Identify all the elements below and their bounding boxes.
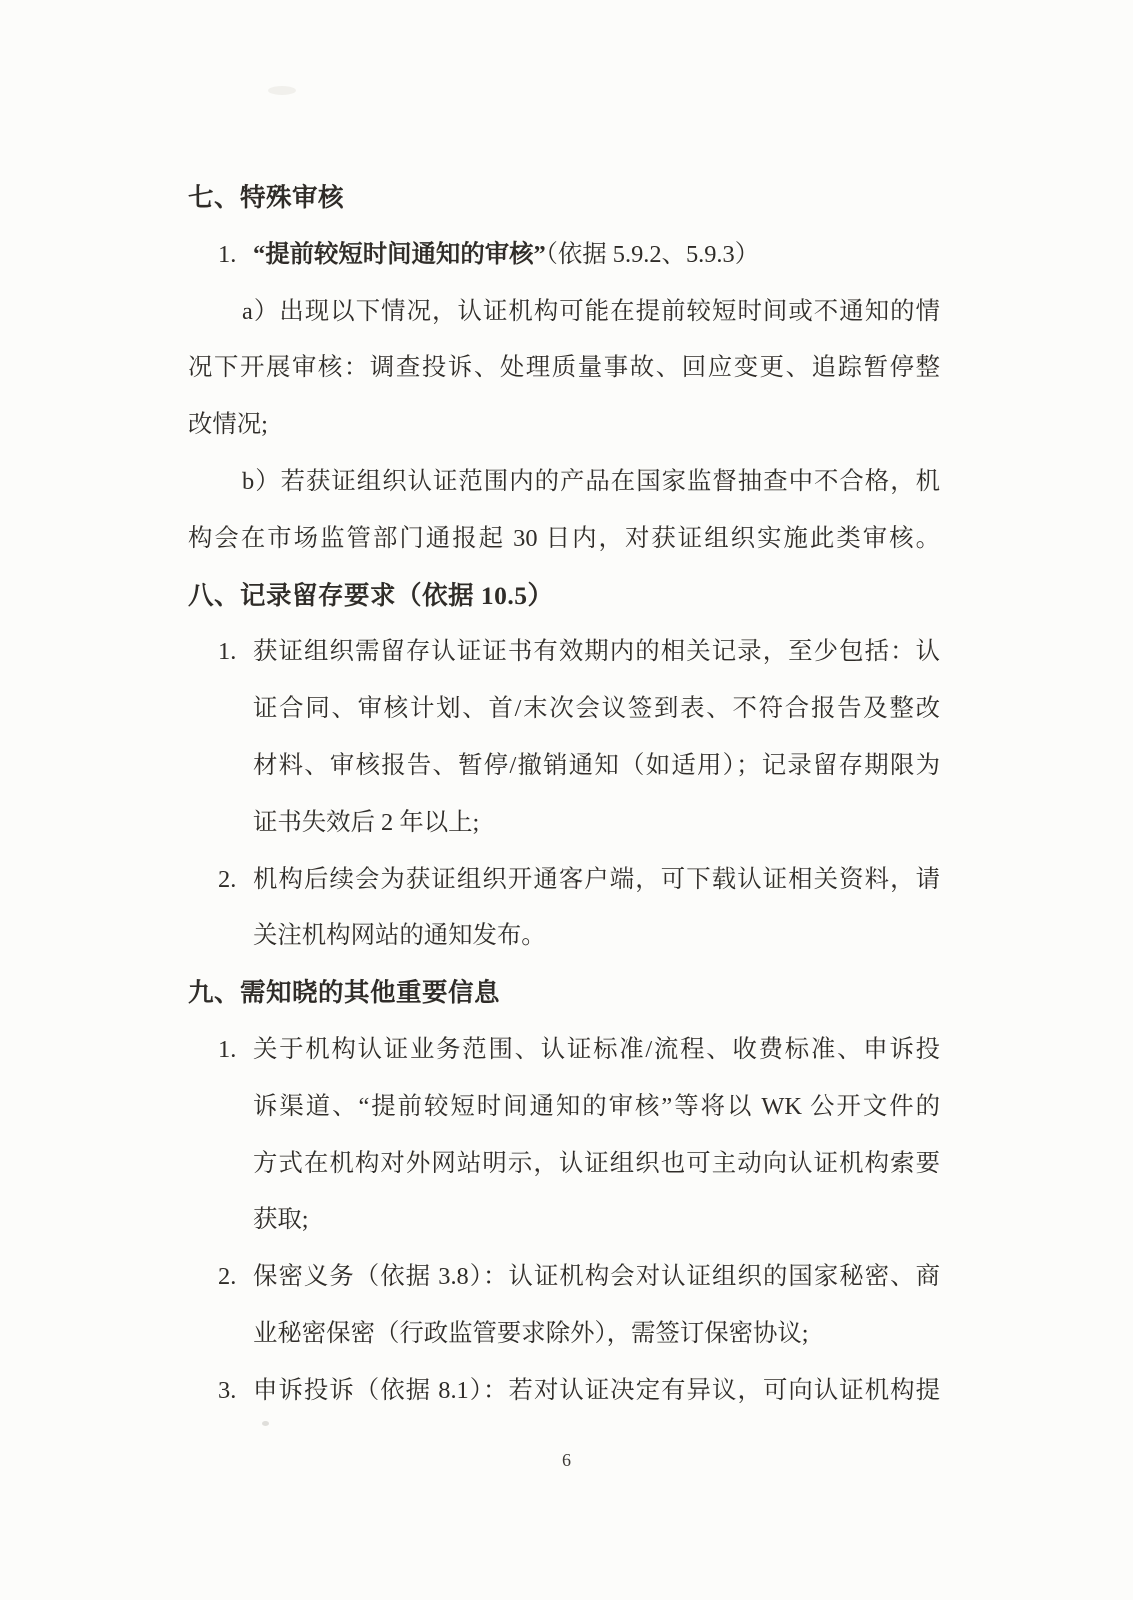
section-7-heading: 七、特殊审核 bbox=[188, 170, 940, 227]
section-9: 九、需知晓的其他重要信息 1.关于机构认证业务范围、认证标准/流程、收费标准、申… bbox=[188, 965, 940, 1419]
section-8-item-2-line-2: 关注机构网站的通知发布。 bbox=[253, 908, 940, 965]
scan-smudge bbox=[268, 86, 296, 95]
section-9-item-1-line-2: 诉渠道、“提前较短时间通知的审核”等将以 WK 公开文件的 bbox=[253, 1079, 940, 1136]
list-item-text: 关于机构认证业务范围、认证标准/流程、收费标准、申诉投 bbox=[253, 1036, 940, 1063]
section-9-heading: 九、需知晓的其他重要信息 bbox=[188, 965, 940, 1022]
list-item-number: 2. bbox=[218, 852, 236, 909]
list-item-text: 机构后续会为获证组织开通客户端，可下载认证相关资料，请 bbox=[253, 866, 940, 893]
scan-smudge bbox=[262, 1421, 269, 1426]
list-item-number: 1. bbox=[218, 624, 236, 681]
section-9-item-1-line-4: 获取; bbox=[253, 1192, 940, 1249]
list-item-bold-text: “提前较短时间通知的审核” bbox=[253, 241, 546, 268]
list-item-number: 1. bbox=[218, 227, 236, 284]
document-content: 七、特殊审核 1.“提前较短时间通知的审核”（依据 5.9.2、5.9.3） a… bbox=[188, 170, 940, 1420]
scanned-document-page: 七、特殊审核 1.“提前较短时间通知的审核”（依据 5.9.2、5.9.3） a… bbox=[0, 0, 1133, 1600]
section-8-heading: 八、记录留存要求（依据 10.5） bbox=[188, 568, 940, 625]
section-9-item-2-line-1: 2.保密义务（依据 3.8）：认证机构会对认证组织的国家秘密、商 bbox=[253, 1249, 940, 1306]
section-8-item-1-line-4: 证书失效后 2 年以上; bbox=[253, 795, 940, 852]
section-8-item-1-line-2: 证合同、审核计划、首/末次会议签到表、不符合报告及整改 bbox=[253, 681, 940, 738]
list-item-text: 获证组织需留存认证证书有效期内的相关记录，至少包括：认 bbox=[253, 638, 940, 665]
section-8-item-1-line-1: 1.获证组织需留存认证证书有效期内的相关记录，至少包括：认 bbox=[253, 624, 940, 681]
section-9-item-3-line-1: 3.申诉投诉（依据 8.1）：若对认证决定有异议，可向认证机构提 bbox=[253, 1363, 940, 1420]
paragraph-b-line-1: b）若获证组织认证范围内的产品在国家监督抽查中不合格，机 bbox=[188, 454, 940, 511]
list-item-number: 1. bbox=[218, 1022, 236, 1079]
section-9-item-2-line-2: 业秘密保密（行政监管要求除外），需签订保密协议; bbox=[253, 1306, 940, 1363]
section-9-item-1-line-1: 1.关于机构认证业务范围、认证标准/流程、收费标准、申诉投 bbox=[253, 1022, 940, 1079]
paragraph-b-line-2: 构会在市场监管部门通报起 30 日内，对获证组织实施此类审核。 bbox=[188, 511, 940, 568]
section-9-item-1-line-3: 方式在机构对外网站明示，认证组织也可主动向认证机构索要 bbox=[253, 1136, 940, 1193]
section-8: 八、记录留存要求（依据 10.5） 1.获证组织需留存认证证书有效期内的相关记录… bbox=[188, 568, 940, 966]
section-7: 七、特殊审核 1.“提前较短时间通知的审核”（依据 5.9.2、5.9.3） a… bbox=[188, 170, 940, 568]
paragraph-a-line-3: 改情况; bbox=[188, 397, 940, 454]
section-7-item-1-line: 1.“提前较短时间通知的审核”（依据 5.9.2、5.9.3） bbox=[253, 227, 940, 284]
paragraph-a-line-2: 况下开展审核：调查投诉、处理质量事故、回应变更、追踪暂停整 bbox=[188, 340, 940, 397]
list-item-text: 保密义务（依据 3.8）：认证机构会对认证组织的国家秘密、商 bbox=[253, 1263, 940, 1290]
list-item-number: 3. bbox=[218, 1363, 236, 1420]
page-number: 6 bbox=[0, 1446, 1133, 1474]
list-item-number: 2. bbox=[218, 1249, 236, 1306]
section-8-item-2-line-1: 2.机构后续会为获证组织开通客户端，可下载认证相关资料，请 bbox=[253, 852, 940, 909]
paragraph-a-line-1: a）出现以下情况，认证机构可能在提前较短时间或不通知的情 bbox=[188, 284, 940, 341]
list-item-text: （依据 5.9.2、5.9.3） bbox=[546, 241, 759, 268]
list-item-text: 申诉投诉（依据 8.1）：若对认证决定有异议，可向认证机构提 bbox=[253, 1377, 940, 1404]
section-8-item-1-line-3: 材料、审核报告、暂停/撤销通知（如适用）；记录留存期限为 bbox=[253, 738, 940, 795]
